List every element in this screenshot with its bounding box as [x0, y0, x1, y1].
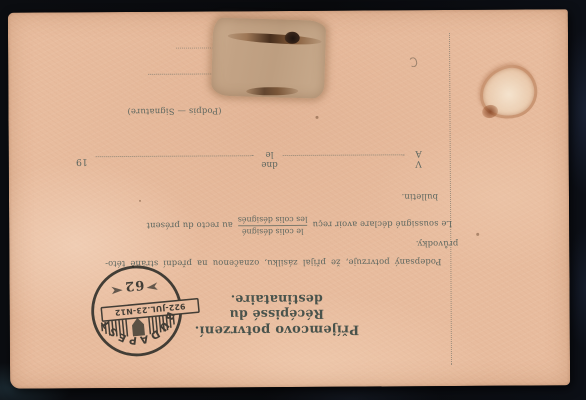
paper-speck	[139, 200, 141, 202]
french-receipt-sentence-continuation: bulletin.	[401, 192, 438, 202]
date-dotted-line	[96, 155, 254, 157]
signature-caption: (Podpis — Signature)	[127, 106, 221, 117]
pencil-mark	[408, 56, 418, 67]
section-divider-dotted-rule	[449, 33, 452, 365]
place-label-french: A	[415, 148, 421, 158]
day-label-french: le	[265, 149, 273, 159]
place-label-czech: V	[415, 158, 421, 168]
printed-side-upside-down: Podepsaný potvrzuje, že přijal zásilku, …	[8, 9, 570, 388]
french-text-after: au recto du présent	[146, 221, 232, 232]
receipt-heading-czech: Příjemcovo potvrzení.	[187, 322, 367, 338]
rust-spot	[481, 103, 499, 119]
year-prefix: 19	[76, 156, 88, 167]
postmark-graphic: 922-JUL.23-N12 BUDAPEST 62	[80, 254, 193, 367]
postmark-left-ornament	[146, 282, 158, 290]
adhesive-ring-stain	[474, 60, 542, 124]
czech-receipt-sentence-continuation: průvodky.	[416, 239, 459, 249]
place-dotted-line	[283, 154, 405, 156]
fraction-plural: les colis désignés	[238, 215, 308, 225]
budapest-postmark: 922-JUL.23-N12 BUDAPEST 62	[80, 254, 193, 367]
receipt-heading: Příjemcovo potvrzení. Récépissé du desti…	[187, 292, 367, 338]
french-text-before: Le soussigné déclare avoir reçu	[312, 220, 452, 231]
parcel-card-back: Podepsaný potvrzuje, že přijal zásilku, …	[8, 9, 570, 388]
postmark-office-number: 62	[124, 277, 145, 294]
colis-singular-plural-fraction: le colis désigné les colis désignés	[238, 215, 308, 236]
day-label-czech: dne	[261, 159, 278, 169]
receipt-heading-french: Récépissé du destinataire.	[187, 292, 367, 323]
french-receipt-sentence: Le soussigné déclare avoir reçu le colis…	[146, 214, 452, 237]
stain-dark-streak	[228, 31, 322, 46]
photo-background: Podepsaný potvrzuje, že přijal zásilku, …	[0, 0, 586, 400]
stain-light-streak	[246, 87, 298, 95]
fraction-singular: le colis désigné	[238, 225, 308, 236]
paper-speck	[315, 116, 318, 119]
place-labels: V A	[415, 148, 421, 167]
postmark-right-ornament	[111, 286, 123, 294]
day-labels: dne le	[261, 149, 278, 168]
tape-residue-stain	[211, 18, 326, 99]
paper-speck	[476, 233, 479, 236]
